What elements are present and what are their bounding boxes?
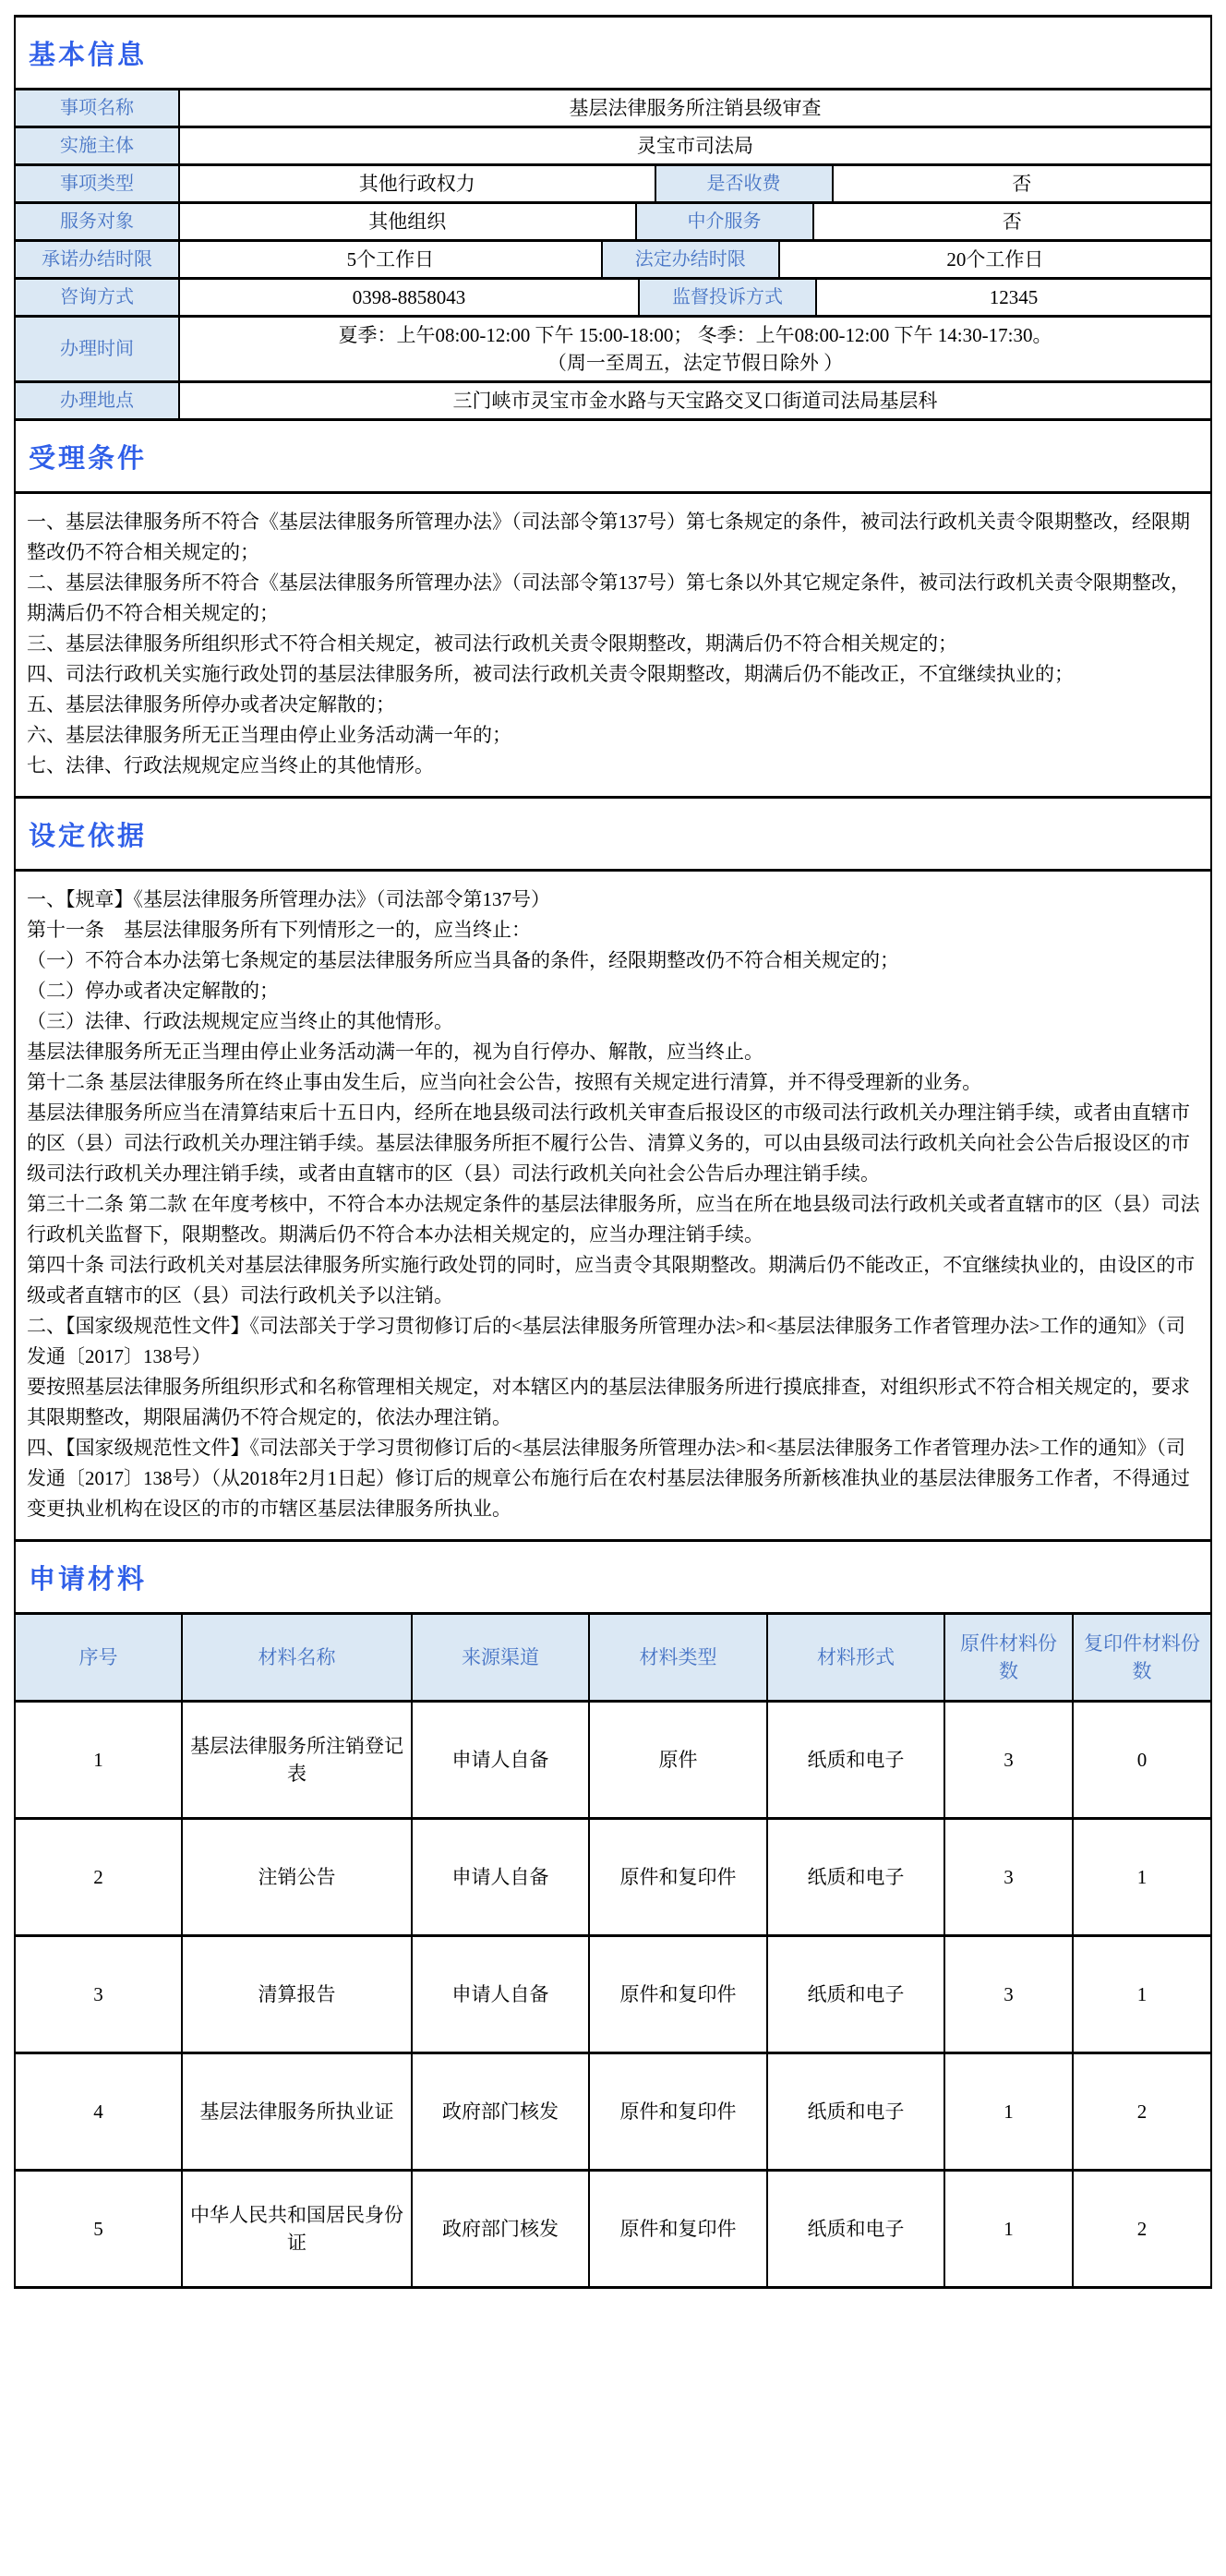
column-header: 序号 — [16, 1615, 183, 1700]
section-header-legal-basis: 设定依据 — [16, 799, 1210, 872]
column-header: 来源渠道 — [413, 1615, 590, 1700]
cell-source: 申请人自备 — [413, 1703, 590, 1817]
cell-type: 原件和复印件 — [590, 2172, 768, 2286]
field-value: 夏季：上午08:00-12:00 下午 15:00-18:00； 冬季：上午08… — [180, 318, 1210, 380]
basis-paragraph: （三）法律、行政法规规定应当终止的其他情形。 — [27, 1006, 1201, 1037]
cell-name: 基层法律服务所执业证 — [183, 2054, 413, 2169]
cell-source: 申请人自备 — [413, 1820, 590, 1934]
cell-original-count: 1 — [945, 2054, 1074, 2169]
basic-info-row: 服务对象 其他组织 中介服务 否 — [16, 204, 1210, 242]
cell-form: 纸质和电子 — [768, 1937, 945, 2052]
basis-paragraph: 四、【国家级规范性文件】《司法部关于学习贯彻修订后的<基层法律服务所管理办法>和… — [27, 1433, 1201, 1524]
field-value: 其他组织 — [180, 204, 637, 239]
field-label: 法定办结时限 — [603, 242, 780, 277]
cell-original-count: 3 — [945, 1937, 1074, 2052]
field-label: 咨询方式 — [16, 280, 180, 315]
condition-item: 七、法律、行政法规规定应当终止的其他情形。 — [27, 751, 1201, 781]
cell-copy-count: 2 — [1074, 2172, 1210, 2286]
field-value: 否 — [834, 166, 1211, 201]
materials-row: 4 基层法律服务所执业证 政府部门核发 原件和复印件 纸质和电子 1 2 — [16, 2054, 1210, 2172]
cell-original-count: 3 — [945, 1820, 1074, 1934]
cell-seq: 3 — [16, 1937, 183, 2052]
basis-paragraph: 第十二条 基层法律服务所在终止事由发生后，应当向社会公告，按照有关规定进行清算，… — [27, 1067, 1201, 1098]
field-label: 事项名称 — [16, 90, 180, 126]
condition-item: 六、基层法律服务所无正当理由停止业务活动满一年的； — [27, 720, 1201, 751]
field-value: 0398-8858043 — [180, 280, 640, 315]
column-header: 材料类型 — [590, 1615, 768, 1700]
basic-info-row: 事项类型 其他行政权力 是否收费 否 — [16, 166, 1210, 204]
condition-item: 四、司法行政机关实施行政处罚的基层法律服务所，被司法行政机关责令限期整改，期满后… — [27, 659, 1201, 690]
acceptance-conditions-text: 一、基层法律服务所不符合《基层法律服务所管理办法》（司法部令第137号）第七条规… — [16, 494, 1210, 799]
cell-copy-count: 1 — [1074, 1937, 1210, 2052]
legal-basis-text: 一、【规章】《基层法律服务所管理办法》（司法部令第137号） 第十一条 基层法律… — [16, 872, 1210, 1542]
basis-paragraph: 第十一条 基层法律服务所有下列情形之一的，应当终止： — [27, 915, 1201, 945]
cell-type: 原件和复印件 — [590, 2054, 768, 2169]
cell-source: 政府部门核发 — [413, 2054, 590, 2169]
field-value: 三门峡市灵宝市金水路与天宝路交叉口街道司法局基层科 — [180, 383, 1210, 418]
basic-info-row: 承诺办结时限 5个工作日 法定办结时限 20个工作日 — [16, 242, 1210, 280]
cell-type: 原件 — [590, 1703, 768, 1817]
cell-type: 原件和复印件 — [590, 1937, 768, 2052]
basis-paragraph: （二）停办或者决定解散的； — [27, 976, 1201, 1006]
cell-seq: 5 — [16, 2172, 183, 2286]
cell-seq: 2 — [16, 1820, 183, 1934]
condition-item: 二、基层法律服务所不符合《基层法律服务所管理办法》（司法部令第137号）第七条以… — [27, 568, 1201, 629]
section-header-application-materials: 申请材料 — [16, 1542, 1210, 1615]
field-value: 否 — [814, 204, 1211, 239]
materials-row: 2 注销公告 申请人自备 原件和复印件 纸质和电子 3 1 — [16, 1820, 1210, 1937]
field-label: 实施主体 — [16, 128, 180, 163]
basis-paragraph: 基层法律服务所无正当理由停止业务活动满一年的，视为自行停办、解散，应当终止。 — [27, 1037, 1201, 1067]
basis-paragraph: 基层法律服务所应当在清算结束后十五日内，经所在地县级司法行政机关审查后报设区的市… — [27, 1098, 1201, 1189]
column-header: 原件材料份数 — [945, 1615, 1074, 1700]
cell-original-count: 1 — [945, 2172, 1074, 2286]
basic-info-row: 办理时间 夏季：上午08:00-12:00 下午 15:00-18:00； 冬季… — [16, 318, 1210, 383]
field-value: 5个工作日 — [180, 242, 603, 277]
field-label: 办理时间 — [16, 318, 180, 380]
office-hours-line-1: 夏季：上午08:00-12:00 下午 15:00-18:00； 冬季：上午08… — [339, 321, 1052, 349]
field-label: 办理地点 — [16, 383, 180, 418]
basic-info-row: 办理地点 三门峡市灵宝市金水路与天宝路交叉口街道司法局基层科 — [16, 383, 1210, 421]
field-value: 其他行政权力 — [180, 166, 656, 201]
field-value: 20个工作日 — [780, 242, 1210, 277]
cell-form: 纸质和电子 — [768, 1820, 945, 1934]
materials-row: 3 清算报告 申请人自备 原件和复印件 纸质和电子 3 1 — [16, 1937, 1210, 2054]
service-info-document: 基本信息 事项名称 基层法律服务所注销县级审查 实施主体 灵宝市司法局 事项类型… — [14, 15, 1212, 2289]
section-title: 受理条件 — [29, 438, 147, 475]
office-hours-line-2: （周一至周五，法定节假日除外 ） — [547, 349, 843, 377]
cell-copy-count: 1 — [1074, 1820, 1210, 1934]
page: { "colors": { "section_title_blue": "#2e… — [0, 15, 1226, 2289]
cell-seq: 1 — [16, 1703, 183, 1817]
cell-form: 纸质和电子 — [768, 1703, 945, 1817]
field-label: 中介服务 — [637, 204, 814, 239]
basic-info-row: 事项名称 基层法律服务所注销县级审查 — [16, 90, 1210, 128]
cell-name: 中华人民共和国居民身份证 — [183, 2172, 413, 2286]
basis-paragraph: 第四十条 司法行政机关对基层法律服务所实施行政处罚的同时，应当责令其限期整改。期… — [27, 1250, 1201, 1311]
column-header: 复印件材料份数 — [1074, 1615, 1210, 1700]
basic-info-row: 咨询方式 0398-8858043 监督投诉方式 12345 — [16, 280, 1210, 318]
section-header-acceptance-conditions: 受理条件 — [16, 421, 1210, 494]
field-label: 承诺办结时限 — [16, 242, 180, 277]
cell-original-count: 3 — [945, 1703, 1074, 1817]
basis-paragraph: （一）不符合本办法第七条规定的基层法律服务所应当具备的条件，经限期整改仍不符合相… — [27, 945, 1201, 976]
cell-copy-count: 0 — [1074, 1703, 1210, 1817]
condition-item: 五、基层法律服务所停办或者决定解散的； — [27, 690, 1201, 720]
cell-form: 纸质和电子 — [768, 2054, 945, 2169]
basis-paragraph: 第三十二条 第二款 在年度考核中，不符合本办法规定条件的基层法律服务所，应当在所… — [27, 1189, 1201, 1250]
materials-row: 1 基层法律服务所注销登记表 申请人自备 原件 纸质和电子 3 0 — [16, 1703, 1210, 1820]
section-title: 申请材料 — [29, 1559, 147, 1596]
field-label: 监督投诉方式 — [640, 280, 817, 315]
section-title: 基本信息 — [29, 34, 147, 72]
basis-paragraph: 一、【规章】《基层法律服务所管理办法》（司法部令第137号） — [27, 885, 1201, 915]
section-header-basic-info: 基本信息 — [16, 18, 1210, 90]
cell-name: 清算报告 — [183, 1937, 413, 2052]
cell-copy-count: 2 — [1074, 2054, 1210, 2169]
section-title: 设定依据 — [29, 815, 147, 853]
cell-source: 政府部门核发 — [413, 2172, 590, 2286]
materials-header-row: 序号 材料名称 来源渠道 材料类型 材料形式 原件材料份数 复印件材料份数 — [16, 1615, 1210, 1703]
cell-name: 注销公告 — [183, 1820, 413, 1934]
cell-type: 原件和复印件 — [590, 1820, 768, 1934]
field-label: 事项类型 — [16, 166, 180, 201]
cell-source: 申请人自备 — [413, 1937, 590, 2052]
basic-info-row: 实施主体 灵宝市司法局 — [16, 128, 1210, 166]
materials-row: 5 中华人民共和国居民身份证 政府部门核发 原件和复印件 纸质和电子 1 2 — [16, 2172, 1210, 2286]
basis-paragraph: 要按照基层法律服务所组织形式和名称管理相关规定，对本辖区内的基层法律服务所进行摸… — [27, 1372, 1201, 1433]
field-value: 灵宝市司法局 — [180, 128, 1210, 163]
condition-item: 一、基层法律服务所不符合《基层法律服务所管理办法》（司法部令第137号）第七条规… — [27, 507, 1201, 568]
column-header: 材料形式 — [768, 1615, 945, 1700]
cell-form: 纸质和电子 — [768, 2172, 945, 2286]
column-header: 材料名称 — [183, 1615, 413, 1700]
cell-seq: 4 — [16, 2054, 183, 2169]
field-label: 服务对象 — [16, 204, 180, 239]
cell-name: 基层法律服务所注销登记表 — [183, 1703, 413, 1817]
field-value: 基层法律服务所注销县级审查 — [180, 90, 1210, 126]
condition-item: 三、基层法律服务所组织形式不符合相关规定，被司法行政机关责令限期整改，期满后仍不… — [27, 629, 1201, 659]
basis-paragraph: 二、【国家级规范性文件】《司法部关于学习贯彻修订后的<基层法律服务所管理办法>和… — [27, 1311, 1201, 1372]
field-value: 12345 — [817, 280, 1210, 315]
field-label: 是否收费 — [656, 166, 834, 201]
